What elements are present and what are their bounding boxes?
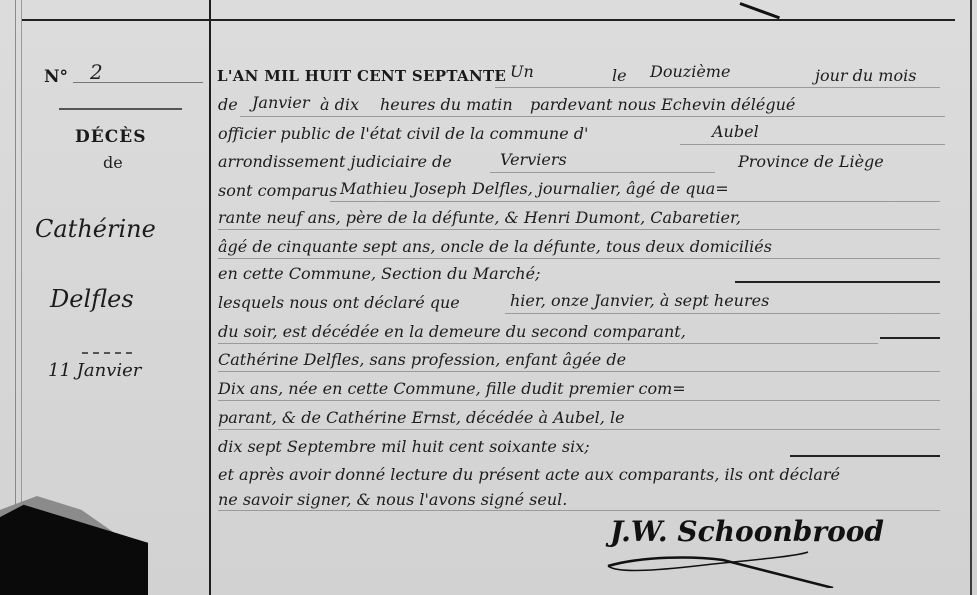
- body-fill-month: Janvier: [252, 93, 310, 112]
- body-fill-deceased: Cathérine Delfles, sans profession, enfa…: [218, 350, 626, 369]
- body-fill-declarant2: rante neuf ans, père de la défunte, & He…: [218, 208, 741, 227]
- body-fill-death-place: du soir, est décédée en la demeure du se…: [218, 322, 686, 341]
- death-date-note: 11 Janvier: [48, 360, 141, 381]
- record-type-title: DÉCÈS: [75, 127, 146, 147]
- body-fill-death-time: hier, onze Janvier, à sept heures: [510, 291, 769, 310]
- margin-separator: [59, 108, 182, 110]
- officer-signature: J.W. Schoonbrood: [610, 515, 884, 548]
- fill-rule: [490, 172, 715, 173]
- body-fill-year: Un: [510, 62, 534, 81]
- closing-rule: [790, 455, 940, 457]
- body-text: de: [218, 95, 238, 114]
- closing-rule: [880, 337, 940, 339]
- right-border-line: [970, 0, 972, 595]
- deceased-given-name: Cathérine: [35, 215, 156, 243]
- body-text: pardevant nous Echevin délégué: [530, 95, 795, 114]
- body-fill-residence: en cette Commune, Section du Marché;: [218, 264, 540, 283]
- fill-rule: [330, 201, 940, 202]
- body-text: Province de Liège: [738, 152, 884, 171]
- fill-rule: [680, 144, 945, 145]
- body-text: et après avoir donné lecture du présent …: [218, 465, 840, 484]
- fill-rule: [495, 87, 940, 88]
- top-border-line: [22, 19, 955, 21]
- column-divider: [209, 0, 211, 595]
- record-heading: L'AN MIL HUIT CENT SEPTANTE: [217, 67, 506, 85]
- body-text: sont comparus: [218, 181, 337, 200]
- body-fill-commune: Aubel: [712, 122, 759, 141]
- record-number-label: N°: [44, 67, 68, 87]
- fill-rule: [218, 229, 940, 230]
- body-fill-declarant1: Mathieu Joseph Delfles, journalier, âgé …: [340, 179, 729, 198]
- fill-rule: [218, 371, 940, 372]
- record-number-value: 2: [90, 60, 103, 84]
- fill-rule: [218, 343, 878, 344]
- body-fill-declarant2-cont: âgé de cinquante sept ans, oncle de la d…: [218, 237, 772, 256]
- body-fill-mother: parant, & de Cathérine Ernst, décédée à …: [218, 408, 625, 427]
- body-fill-mother-death: dix sept Septembre mil huit cent soixant…: [218, 437, 590, 456]
- body-fill-day: Douzième: [650, 62, 730, 81]
- deceased-surname: Delfles: [50, 285, 134, 313]
- body-fill-hour: à dix: [320, 95, 359, 114]
- fill-rule: [218, 510, 940, 511]
- body-text: lesquels nous ont déclaré que: [218, 293, 460, 312]
- body-text: jour du mois: [815, 66, 916, 85]
- ink-stroke: [739, 2, 779, 19]
- body-fill-arrondissement: Verviers: [500, 150, 567, 169]
- fill-rule: [218, 429, 940, 430]
- record-number-underline: [73, 82, 203, 83]
- fill-rule: [240, 116, 945, 117]
- record-type-sub: de: [103, 153, 123, 172]
- body-text: arrondissement judiciaire de: [218, 152, 452, 171]
- body-fill-signature-note: ne savoir signer, & nous l'avons signé s…: [218, 490, 567, 509]
- body-text: officier public de l'état civil de la co…: [218, 124, 588, 143]
- signature-flourish: [603, 548, 848, 588]
- fill-rule: [218, 258, 940, 259]
- fill-rule: [218, 400, 940, 401]
- margin-dash: [82, 352, 132, 355]
- body-fill-time: heures du matin: [380, 95, 513, 114]
- fill-rule: [505, 313, 940, 314]
- closing-rule: [735, 281, 940, 283]
- document-page: N° 2 DÉCÈS de Cathérine Delfles 11 Janvi…: [0, 0, 977, 595]
- body-text: le: [612, 66, 627, 85]
- body-fill-age-birth: Dix ans, née en cette Commune, fille dud…: [218, 379, 686, 398]
